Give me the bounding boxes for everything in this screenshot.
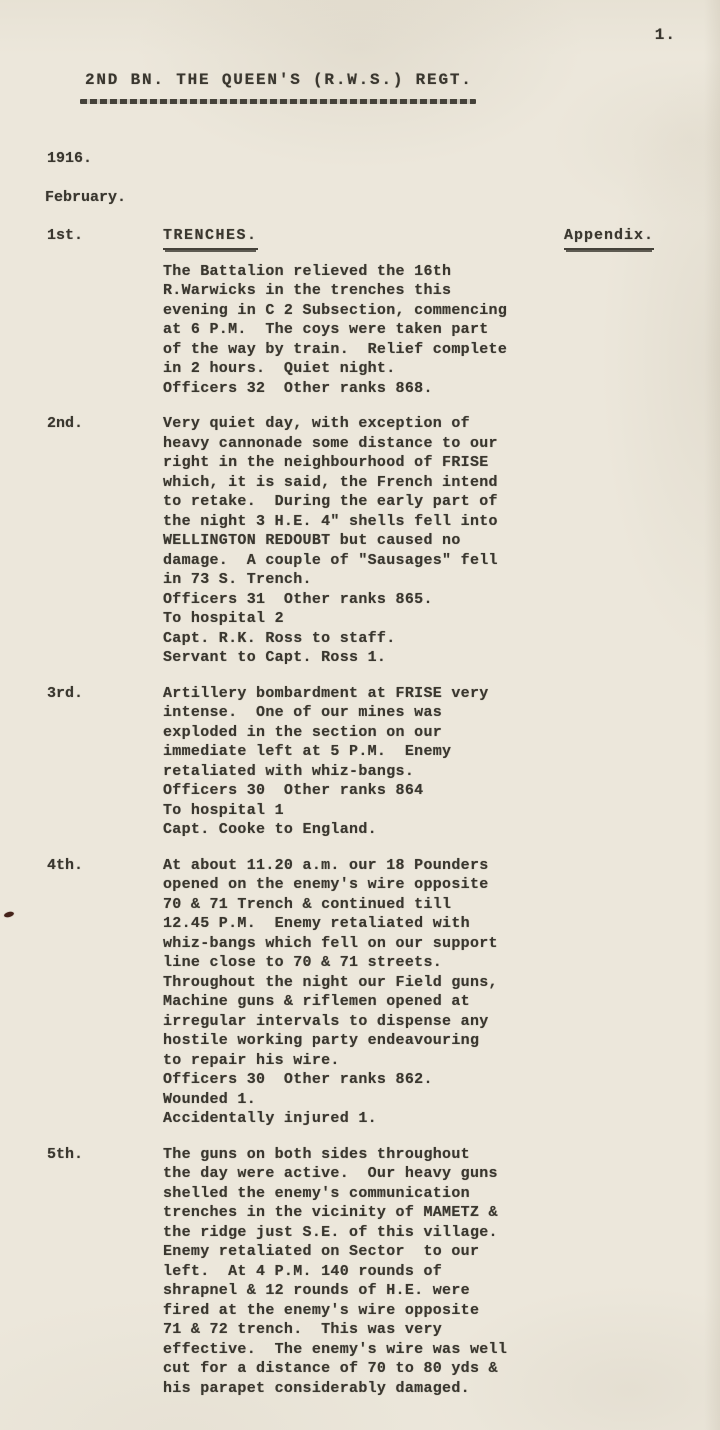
day-label-2nd: 2nd.	[47, 414, 163, 668]
month-label: February.	[45, 188, 720, 208]
page-title: 2ND BN. THE QUEEN'S (R.W.S.) REGT.	[85, 70, 720, 90]
title-underline-rule	[80, 99, 476, 104]
entry-body-4th: At about 11.20 a.m. our 18 Pounders open…	[163, 856, 720, 1129]
page-number: 1.	[655, 26, 676, 46]
day-column-spacer	[47, 262, 163, 399]
entry-1-heading-row: 1st. TRENCHES. Appendix.	[0, 226, 720, 250]
entry-body-3rd: Artillery bombardment at FRISE very inte…	[163, 684, 720, 840]
section-heading-trenches: TRENCHES.	[163, 226, 258, 250]
diary-entry-4th: 4th. At about 11.20 a.m. our 18 Pounders…	[0, 856, 720, 1129]
day-label-1st: 1st.	[47, 226, 163, 246]
entry-body-2nd: Very quiet day, with exception of heavy …	[163, 414, 720, 668]
entry-body-5th: The guns on both sides throughout the da…	[163, 1145, 720, 1399]
diary-entry-5th: 5th. The guns on both sides throughout t…	[0, 1145, 720, 1399]
diary-entry-2nd: 2nd. Very quiet day, with exception of h…	[0, 414, 720, 668]
diary-entry-1st: The Battalion relieved the 16th R.Warwic…	[0, 262, 720, 399]
day-label-5th: 5th.	[47, 1145, 163, 1399]
day-label-4th: 4th.	[47, 856, 163, 1129]
war-diary-page: 1. 2ND BN. THE QUEEN'S (R.W.S.) REGT. 19…	[0, 0, 720, 1430]
document-header: 2ND BN. THE QUEEN'S (R.W.S.) REGT.	[85, 0, 720, 104]
entry-body-1st: The Battalion relieved the 16th R.Warwic…	[163, 262, 720, 399]
day-label-3rd: 3rd.	[47, 684, 163, 840]
year-label: 1916.	[47, 149, 720, 169]
appendix-column-label: Appendix.	[564, 226, 654, 250]
diary-entry-3rd: 3rd. Artillery bombardment at FRISE very…	[0, 684, 720, 840]
